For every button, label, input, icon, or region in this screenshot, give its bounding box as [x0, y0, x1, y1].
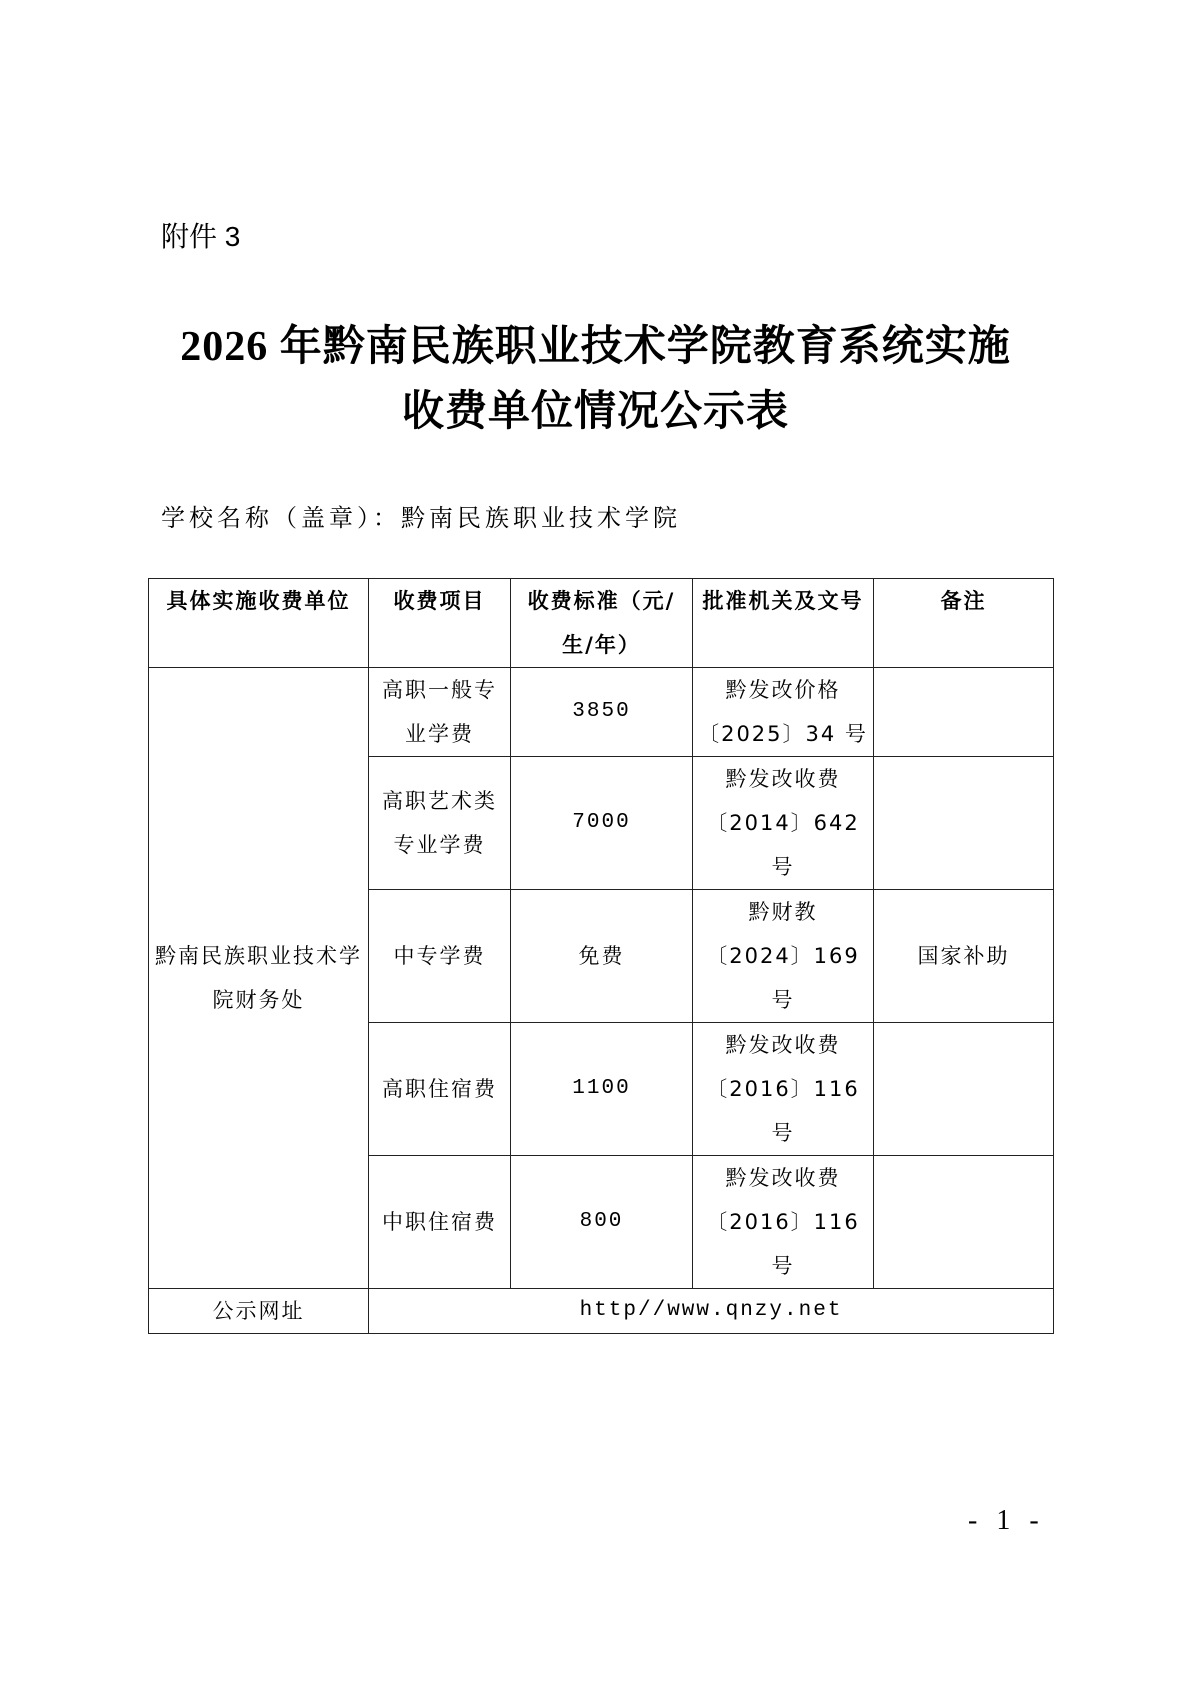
approval-cell: 黔发改收费 〔2016〕116 号: [693, 1156, 874, 1289]
approval-line2: 〔2014〕642 号: [697, 801, 869, 889]
approval-line1: 黔发改收费: [697, 1023, 869, 1067]
approval-line2: 〔2024〕169 号: [697, 934, 869, 1022]
note-cell: 国家补助: [874, 890, 1054, 1023]
note-cell: [874, 757, 1054, 890]
approval-line1: 黔发改收费: [697, 1156, 869, 1200]
approval-line2: 〔2016〕116 号: [697, 1067, 869, 1155]
page-title-line1: 2026 年黔南民族职业技术学院教育系统实施: [0, 313, 1191, 373]
standard-cell: 免费: [511, 890, 693, 1023]
note-cell: [874, 668, 1054, 757]
header-note: 备注: [874, 579, 1054, 668]
table-header-row: 具体实施收费单位 收费项目 收费标准（元/生/年） 批准机关及文号 备注: [149, 579, 1054, 668]
note-cell: [874, 1023, 1054, 1156]
approval-line2: 〔2016〕116 号: [697, 1200, 869, 1288]
url-link[interactable]: http//www.qnzy.net: [369, 1289, 1054, 1334]
item-cell: 高职一般专业学费: [369, 668, 511, 757]
approval-cell: 黔发改收费 〔2016〕116 号: [693, 1023, 874, 1156]
attachment-label: 附件 3: [161, 215, 240, 255]
school-name-line: 学校名称（盖章）：黔南民族职业技术学院: [161, 498, 681, 533]
table-row: 黔南民族职业技术学院财务处 高职一般专业学费 3850 黔发改价格 〔2025〕…: [149, 668, 1054, 757]
item-cell: 高职艺术类专业学费: [369, 757, 511, 890]
header-item: 收费项目: [369, 579, 511, 668]
page-title-line2: 收费单位情况公示表: [0, 378, 1191, 438]
item-cell: 中职住宿费: [369, 1156, 511, 1289]
header-unit: 具体实施收费单位: [149, 579, 369, 668]
fee-table: 具体实施收费单位 收费项目 收费标准（元/生/年） 批准机关及文号 备注 黔南民…: [148, 578, 1054, 1334]
approval-line1: 黔发改价格: [697, 668, 869, 712]
approval-line2: 〔2025〕34 号: [697, 712, 869, 756]
header-approval: 批准机关及文号: [693, 579, 874, 668]
standard-cell: 800: [511, 1156, 693, 1289]
item-cell: 中专学费: [369, 890, 511, 1023]
approval-cell: 黔发改收费 〔2014〕642 号: [693, 757, 874, 890]
page-number: - 1 -: [968, 1505, 1045, 1537]
url-row: 公示网址 http//www.qnzy.net: [149, 1289, 1054, 1334]
approval-cell: 黔发改价格 〔2025〕34 号: [693, 668, 874, 757]
standard-cell: 7000: [511, 757, 693, 890]
approval-line1: 黔发改收费: [697, 757, 869, 801]
approval-line1: 黔财教: [697, 890, 869, 934]
item-cell: 高职住宿费: [369, 1023, 511, 1156]
header-standard: 收费标准（元/生/年）: [511, 579, 693, 668]
approval-cell: 黔财教 〔2024〕169 号: [693, 890, 874, 1023]
url-label-cell: 公示网址: [149, 1289, 369, 1334]
note-cell: [874, 1156, 1054, 1289]
standard-cell: 1100: [511, 1023, 693, 1156]
unit-name-cell: 黔南民族职业技术学院财务处: [149, 668, 369, 1289]
standard-cell: 3850: [511, 668, 693, 757]
